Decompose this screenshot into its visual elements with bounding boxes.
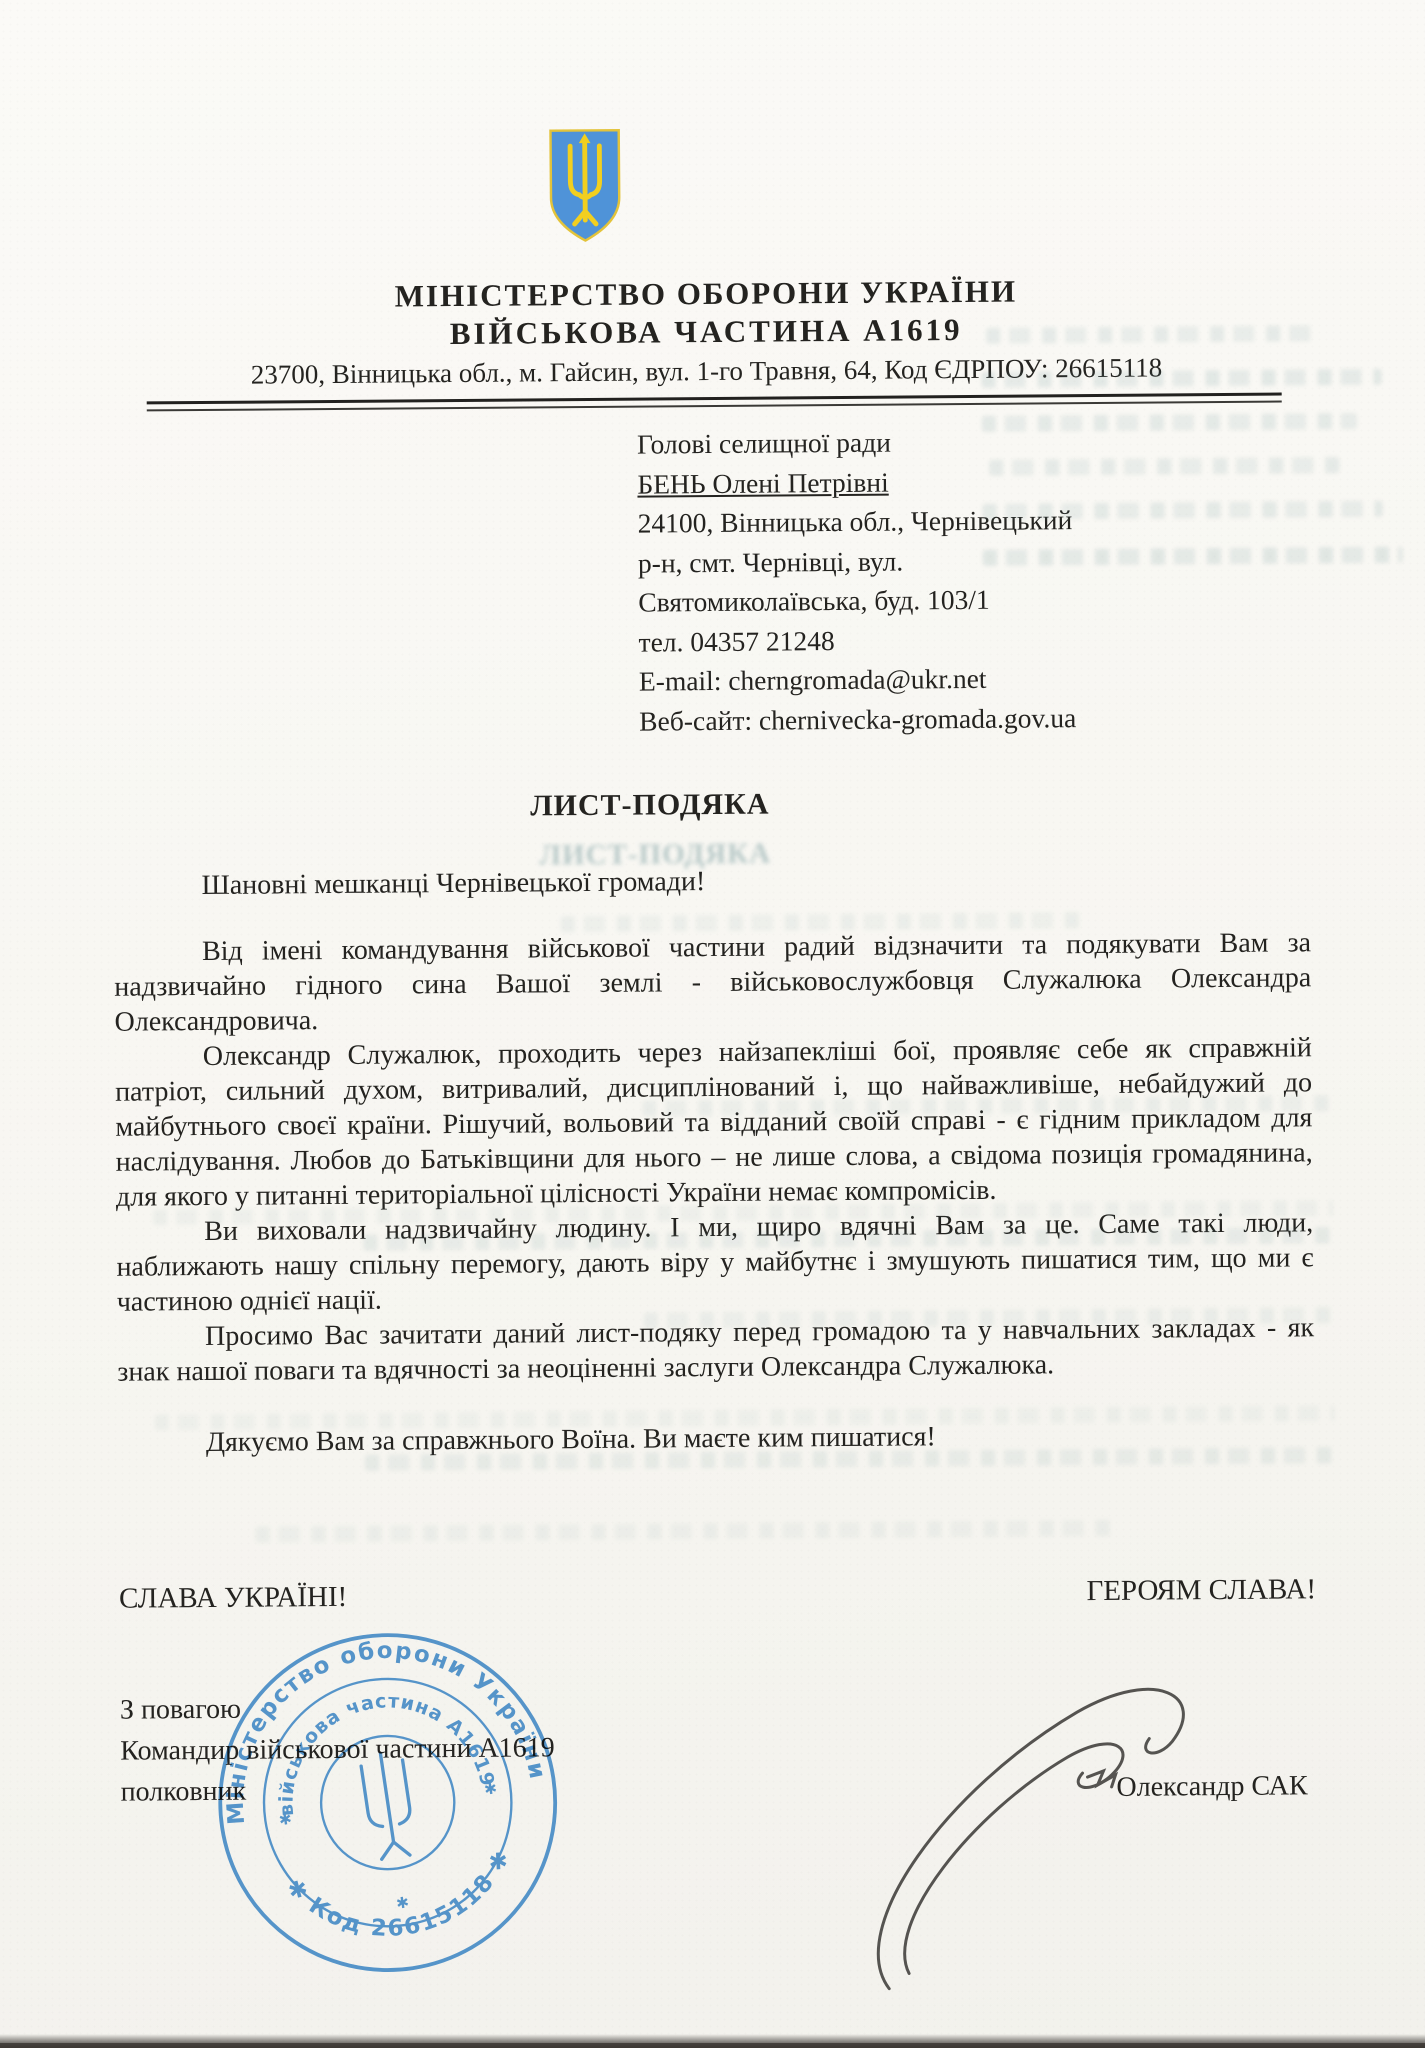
bleed-through-line — [983, 501, 1383, 520]
slogan-slava-ukraini: СЛАВА УКРАЇНІ! — [119, 1581, 347, 1616]
letter-body: Від імені командування військової частин… — [114, 925, 1315, 1460]
stamp-text-ministry: Міністерство оборони України — [200, 1615, 551, 1827]
letter-title: ЛИСТ-ПОДЯКА — [0, 783, 1300, 827]
recipient-phone: тел. 04357 21248 — [638, 618, 1198, 662]
svg-text:Міністерство оборони України: Міністерство оборони України — [200, 1615, 551, 1827]
stamp-trident — [360, 1751, 417, 1861]
recipient-address-3: Святомиколаївська, буд. 103/1 — [638, 578, 1198, 622]
scan-tilt-wrapper: МІНІСТЕРСТВО ОБОРОНИ УКРАЇНИ ВІЙСЬКОВА Ч… — [0, 0, 1425, 2048]
stamp-star-right: ✱ — [483, 1779, 498, 1799]
bleed-through-line — [983, 547, 1403, 566]
bleed-through-line — [989, 457, 1339, 476]
commander-signature — [786, 1626, 1269, 2010]
recipient-email: E-mail: cherngromada@ukr.net — [639, 657, 1199, 701]
recipient-website: Веб-сайт: chernivecka-gromada.gov.ua — [639, 697, 1199, 741]
scan-bottom-edge — [0, 2043, 1425, 2048]
ukraine-trident-emblem — [546, 113, 623, 260]
paragraph-1: Від імені командування військової частин… — [114, 925, 1312, 1039]
scanned-letter-page: МІНІСТЕРСТВО ОБОРОНИ УКРАЇНИ ВІЙСЬКОВА Ч… — [0, 0, 1425, 2048]
slogan-heroiam-slava: ГЕРОЯМ СЛАВА! — [816, 1573, 1316, 1610]
stamp-star-left: ✱ — [278, 1810, 293, 1830]
bleed-through-line — [986, 325, 1316, 344]
bleed-through-line — [981, 369, 1381, 388]
paragraph-2: Олександр Служалюк, проходить через найз… — [115, 1030, 1313, 1214]
stamp-star-bottom: ✱ — [395, 1893, 410, 1913]
bleed-through-line — [982, 413, 1357, 432]
bleed-through-line — [256, 1520, 1116, 1543]
military-unit-round-stamp: Міністерство оборони України ✱ Код 26615… — [188, 1603, 588, 2003]
